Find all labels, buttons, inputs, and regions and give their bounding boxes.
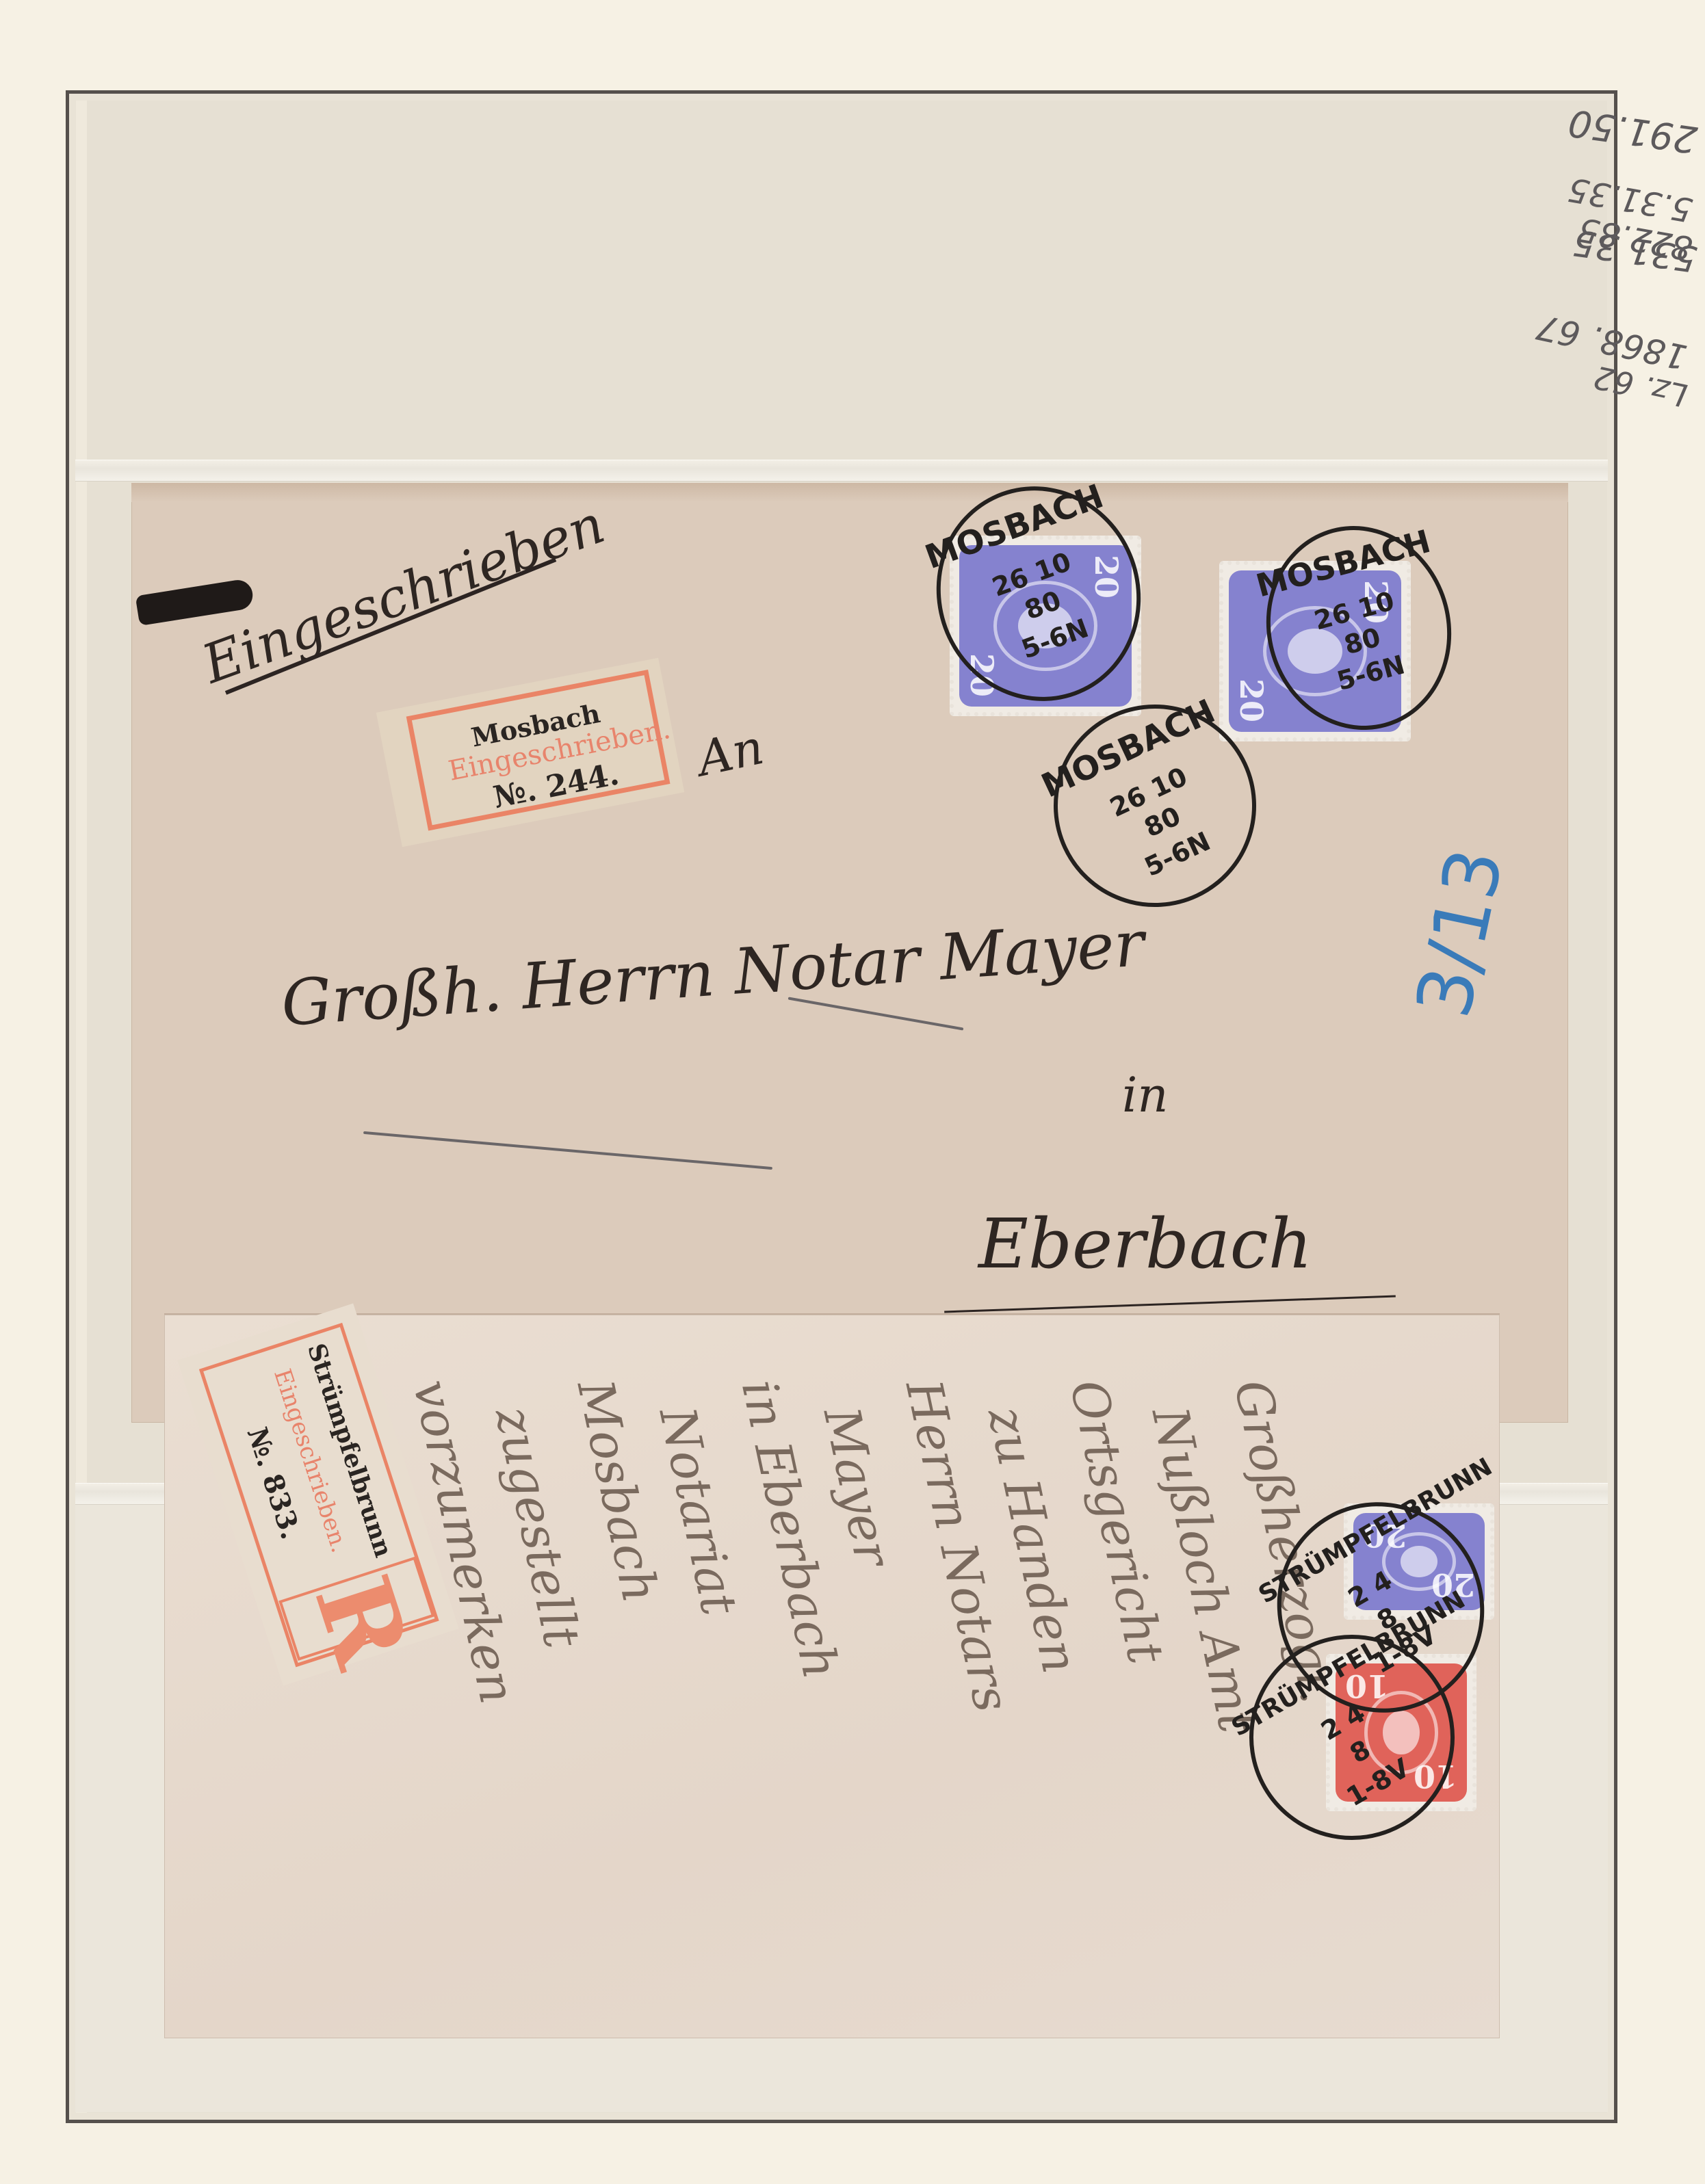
- address-in: in: [1122, 1067, 1168, 1123]
- address-town: Eberbach: [978, 1204, 1312, 1284]
- pocket-strip-upper: [75, 460, 1608, 482]
- registered-r-mark: R: [278, 1557, 434, 1661]
- stamp-value: 20: [1233, 679, 1270, 722]
